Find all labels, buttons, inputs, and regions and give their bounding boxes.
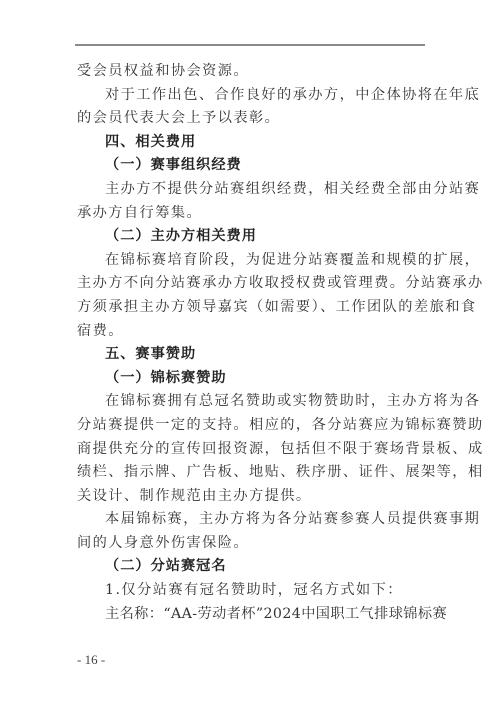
paragraph-line: 分站赛提供一定的支持。相应的，各分站赛应为锦标赛赞助	[77, 414, 425, 438]
paragraph-line: 的会员代表大会上予以表彰。	[77, 107, 425, 131]
section-heading: 五、赛事赞助	[77, 343, 425, 367]
section-heading: 四、相关费用	[77, 131, 425, 155]
paragraph-line: 本届锦标赛，主办方将为各分站赛参赛人员提供赛事期	[77, 508, 425, 532]
paragraph-line: 方须承担主办方领导嘉宾（如需要）、工作团队的差旅和食	[77, 296, 425, 320]
paragraph-line: 绩栏、指示牌、广告板、地贴、秩序册、证件、展架等，相	[77, 461, 425, 485]
paragraph-line: 主名称：“AA-劳动者杯”2024中国职工气排球锦标赛	[77, 603, 425, 627]
page-body: 受会员权益和协会资源。对于工作出色、合作良好的承办方，中企体协将在年底的会员代表…	[77, 60, 425, 626]
paragraph-line: 关设计、制作规范由主办方提供。	[77, 485, 425, 509]
paragraph-line: 对于工作出色、合作良好的承办方，中企体协将在年底	[77, 84, 425, 108]
page-number: - 16 -	[77, 652, 105, 668]
paragraph-line: 商提供充分的宣传回报资源，包括但不限于赛场背景板、成	[77, 438, 425, 462]
paragraph-line: 宿费。	[77, 320, 425, 344]
paragraph-line: 受会员权益和协会资源。	[77, 60, 425, 84]
paragraph-line: 承办方自行筹集。	[77, 202, 425, 226]
subsection-heading: （一）锦标赛赞助	[77, 367, 425, 391]
paragraph-line: 主办方不向分站赛承办方收取授权费或管理费。分站赛承办	[77, 272, 425, 296]
paragraph-line: 主办方不提供分站赛组织经费，相关经费全部由分站赛	[77, 178, 425, 202]
subsection-heading: （二）分站赛冠名	[77, 555, 425, 579]
header-rule	[75, 44, 425, 46]
subsection-heading: （一）赛事组织经费	[77, 154, 425, 178]
paragraph-line: 在锦标赛培育阶段，为促进分站赛覆盖和规模的扩展，	[77, 249, 425, 273]
subsection-heading: （二）主办方相关费用	[77, 225, 425, 249]
paragraph-line: 间的人身意外伤害保险。	[77, 532, 425, 556]
paragraph-line: 1.仅分站赛有冠名赞助时，冠名方式如下：	[77, 579, 425, 603]
paragraph-line: 在锦标赛拥有总冠名赞助或实物赞助时，主办方将为各	[77, 390, 425, 414]
